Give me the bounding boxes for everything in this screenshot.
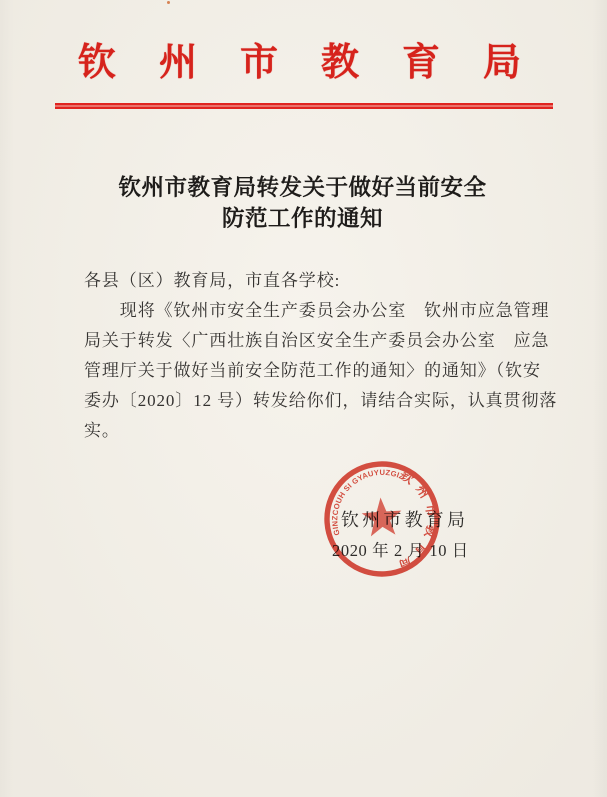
document-title-line2: 防范工作的通知 (30, 203, 575, 234)
body-line: 管理厅关于做好当前安全防范工作的通知〉的通知》（钦安 (84, 356, 554, 386)
body-line: 现将《钦州市安全生产委员会办公室 钦州市应急管理 (84, 296, 554, 326)
official-seal-stamp: GINZCOUH SI GYAUYUZGIZ 钦州市教育局 (312, 449, 453, 590)
document-title-line1: 钦州市教育局转发关于做好当前安全 (30, 172, 575, 203)
body-line: 局关于转发〈广西壮族自治区安全生产委员会办公室 应急 (84, 326, 554, 356)
letterhead-agency-name: 钦州市教育局 (78, 40, 564, 86)
body-line: 实。 (84, 416, 554, 446)
stamp-chinese-text: 钦州市教育局 (384, 465, 443, 575)
document-body: 各县（区）教育局，市直各学校: 现将《钦州市安全生产委员会办公室 钦州市应急管理… (84, 266, 554, 446)
scanned-document-page: 钦州市教育局 钦州市教育局转发关于做好当前安全 防范工作的通知 各县（区）教育局… (0, 0, 607, 797)
letterhead-rule (55, 103, 553, 109)
stamp-star-icon (361, 496, 403, 537)
body-line: 委办〔2020〕12 号）转发给你们，请结合实际，认真贯彻落 (84, 386, 554, 416)
stamp-latin-text: GINZCOUH SI GYAUYUZGIZ (327, 466, 410, 536)
stamp-chinese-textpath: 钦州市教育局 (384, 465, 443, 575)
salutation-line: 各县（区）教育局，市直各学校: (84, 266, 554, 296)
scan-speck (167, 1, 170, 4)
stamp-latin-textpath: GINZCOUH SI GYAUYUZGIZ (327, 466, 410, 536)
document-title: 钦州市教育局转发关于做好当前安全 防范工作的通知 (30, 172, 575, 234)
